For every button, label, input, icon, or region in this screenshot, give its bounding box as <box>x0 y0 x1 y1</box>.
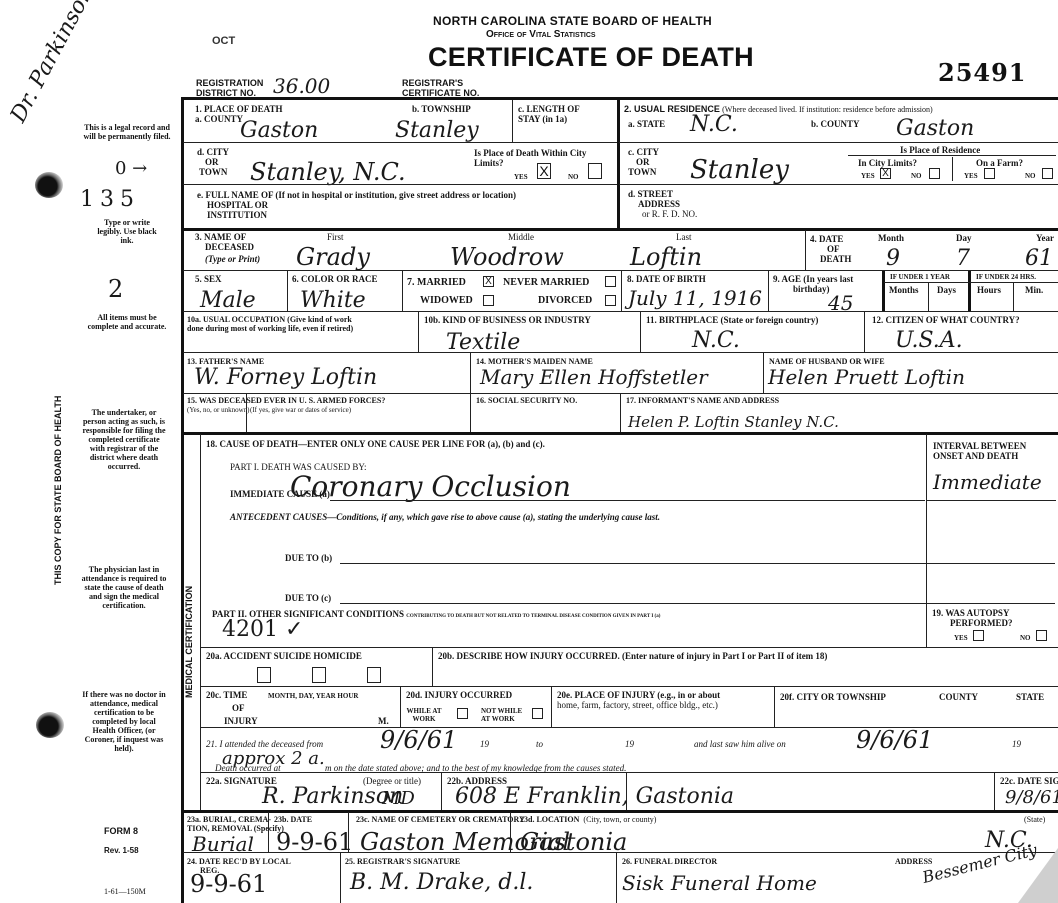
month-label: Month <box>878 233 904 243</box>
occupation-label-2: done during most of working life, even i… <box>187 324 353 334</box>
length-of-stay-label-1: c. LENGTH OF <box>518 104 580 114</box>
city-label-1: d. CITY <box>197 147 229 157</box>
type-legibly-note: Type or write legibly. Use black ink. <box>92 218 162 245</box>
year-label: Year <box>1036 233 1054 243</box>
doctor-margin-note: Dr. Parkinson <box>6 0 99 127</box>
due-to-c-label: DUE TO (c) <box>285 593 331 603</box>
residence-city-label-3: TOWN <box>628 167 656 177</box>
street-label-1: d. STREET <box>628 189 673 199</box>
autopsy-yes-label: YES <box>954 634 968 642</box>
interval-label-2: ONSET AND DEATH <box>933 451 1018 461</box>
citizenship-field[interactable]: U.S.A. <box>895 328 963 353</box>
date-signed-label: 22c. DATE SIGNED <box>1000 776 1058 786</box>
usual-residence-note: (Where deceased lived. If institution: r… <box>722 105 933 114</box>
day-label: Day <box>956 233 972 243</box>
physician-degree-field[interactable]: MD <box>382 788 415 809</box>
attended-to-19: 19 <box>625 739 634 749</box>
street-label-3: or R. F. D. NO. <box>642 209 697 219</box>
within-city-yes-label: YES <box>514 173 528 181</box>
complete-accurate-note: All items must be complete and accurate. <box>82 313 172 331</box>
not-while-at-work-label: NOT WHILE AT WORK <box>481 707 525 723</box>
hospital-label-2: HOSPITAL OR <box>207 200 268 210</box>
within-city-no-checkbox[interactable] <box>588 163 602 179</box>
death-time-field[interactable]: approx 2 a. <box>222 748 325 769</box>
birthplace-label: 11. BIRTHPLACE (State or foreign country… <box>646 315 818 325</box>
mother-maiden-name-field[interactable]: Mary Ellen Hoffstetler <box>480 365 708 389</box>
middle-name-label: Middle <box>508 232 534 242</box>
form-number: FORM 8 <box>104 826 138 836</box>
death-year-field[interactable]: 61 <box>1025 246 1053 271</box>
street-label-2: ADDRESS <box>638 199 680 209</box>
funeral-address-label: ADDRESS <box>895 857 932 867</box>
last-saw-field[interactable]: 9/6/61 <box>856 726 933 754</box>
death-township-field[interactable]: Stanley <box>395 118 479 143</box>
last-name-label: Last <box>676 232 692 242</box>
date-of-birth-field[interactable]: July 11, 1916 <box>628 286 762 310</box>
attended-to-label: to <box>536 739 543 749</box>
time-of-injury-m: M. <box>378 716 389 726</box>
page-curl <box>1018 848 1058 903</box>
city-label-3: TOWN <box>199 167 227 177</box>
antecedent-causes-label: ANTECEDENT CAUSES—Conditions, if any, wh… <box>230 512 660 522</box>
place-of-death-label: 1. PLACE OF DEATH <box>195 104 283 114</box>
punch-hole-bottom <box>36 712 64 738</box>
death-month-field[interactable]: 9 <box>886 246 900 271</box>
within-city-no-label: NO <box>568 173 579 181</box>
time-of-injury-cols: MONTH, DAY, YEAR HOUR <box>268 692 358 700</box>
name-of-deceased-label-2: DECEASED <box>205 242 254 252</box>
accident-suicide-homicide-label: 20a. ACCIDENT SUICIDE HOMICIDE <box>206 651 362 661</box>
injury-occurred-label: 20d. INJURY OCCURRED <box>406 690 512 700</box>
physician-note: The physician last in attendance is requ… <box>80 565 168 610</box>
homicide-checkbox[interactable] <box>367 667 381 683</box>
last-name-field[interactable]: Loftin <box>630 243 702 271</box>
age-label-2: birthday) <box>793 284 830 294</box>
date-received-field[interactable]: 9-9-61 <box>190 870 267 898</box>
informant-field[interactable]: Helen P. Loftin Stanley N.C. <box>628 413 839 431</box>
residence-state-label: a. STATE <box>628 119 665 129</box>
agency-title: NORTH CAROLINA STATE BOARD OF HEALTH <box>433 14 712 28</box>
sex-label: 5. SEX <box>195 274 222 284</box>
medical-certification-vertical-label: MEDICAL CERTIFICATION <box>184 586 194 698</box>
date-of-death-label-3: DEATH <box>820 254 851 264</box>
burial-location-label: 23d. LOCATION (City, town, or county) <box>520 815 656 825</box>
ssn-label: 16. SOCIAL SECURITY NO. <box>476 396 577 406</box>
length-of-stay-label-2: STAY (in 1a) <box>518 114 567 124</box>
widowed-checkbox[interactable] <box>483 295 494 306</box>
hospital-label-1: e. FULL NAME OF (If not in hospital or i… <box>197 190 516 200</box>
race-label: 6. COLOR OR RACE <box>292 274 378 284</box>
margin-code-3: 2 <box>108 275 123 303</box>
interval-field[interactable]: Immediate <box>933 470 1042 494</box>
residence-city-label-1: c. CITY <box>628 147 659 157</box>
page-title: CERTIFICATE OF DEATH <box>428 42 754 73</box>
on-farm-yes-label: YES <box>964 172 978 180</box>
death-city-field[interactable]: Stanley, N.C. <box>250 158 406 186</box>
name-of-deceased-label-1: 3. NAME OF <box>195 232 246 242</box>
autopsy-no-checkbox[interactable] <box>1036 630 1047 641</box>
autopsy-no-label: NO <box>1020 634 1031 642</box>
part2-note: CONTRIBUTING TO DEATH BUT NOT RELATED TO… <box>406 614 660 619</box>
print-code: 1-61—150M <box>104 887 146 897</box>
describe-injury-label: 20b. DESCRIBE HOW INJURY OCCURRED. (Ente… <box>438 651 827 661</box>
registration-district-label-1: REGISTRATION <box>196 78 263 88</box>
while-at-work-label: WHILE AT WORK <box>406 707 442 723</box>
age-label-1: 9. AGE (In years last <box>773 274 853 284</box>
township-label: b. TOWNSHIP <box>412 104 471 114</box>
cause-of-death-label: 18. CAUSE OF DEATH—ENTER ONLY ONE CAUSE … <box>206 439 545 449</box>
legal-record-note: This is a legal record and will be perma… <box>82 123 172 141</box>
form-revision: Rev. 1-58 <box>104 846 139 856</box>
sex-field[interactable]: Male <box>200 288 256 313</box>
accident-checkbox[interactable] <box>257 667 271 683</box>
middle-name-field[interactable]: Woodrow <box>450 243 564 271</box>
race-field[interactable]: White <box>300 288 366 313</box>
armed-forces-label-3: (If yes, give war or dates of service) <box>250 405 351 415</box>
immediate-cause-field[interactable]: Coronary Occlusion <box>290 470 571 503</box>
in-city-no-label: NO <box>911 172 922 180</box>
days-label: Days <box>937 285 956 295</box>
within-city-label-1: Is Place of Death Within City <box>474 148 586 158</box>
last-saw-label: and last saw him alive on <box>694 739 786 749</box>
never-married-label: NEVER MARRIED <box>503 278 589 288</box>
suicide-checkbox[interactable] <box>312 667 326 683</box>
within-city-label-2: Limits? <box>474 158 504 168</box>
on-farm-no-label: NO <box>1025 172 1036 180</box>
injury-county-label: COUNTY <box>939 692 978 702</box>
on-farm-no-checkbox[interactable] <box>1042 168 1053 179</box>
registrar-certificate-label-1: REGISTRAR'S <box>402 78 463 88</box>
residence-county-field[interactable]: Gaston <box>896 116 974 141</box>
burial-location-note: (City, town, or county) <box>583 815 656 824</box>
father-name-field[interactable]: W. Forney Loftin <box>194 365 377 390</box>
residence-state-field[interactable]: N.C. <box>690 112 738 137</box>
within-city-yes-checkbox[interactable]: X <box>537 163 551 179</box>
usual-residence-label: 2. USUAL RESIDENCE (Where deceased lived… <box>624 104 933 115</box>
armed-forces-label-2: (Yes, no, or unknown) <box>187 405 249 415</box>
residence-city-label-2: OR <box>636 157 650 167</box>
last-saw-19: 19 <box>1012 739 1021 749</box>
registrar-signature-field[interactable]: B. M. Drake, d.l. <box>350 870 533 895</box>
time-of-injury-label-3: INJURY <box>224 716 258 726</box>
birthplace-field[interactable]: N.C. <box>692 328 740 353</box>
state-copy-vertical-label: THIS COPY FOR STATE BOARD OF HEALTH <box>53 396 63 585</box>
spouse-name-field[interactable]: Helen Pruett Loftin <box>768 365 965 389</box>
in-city-limits-label: In City Limits? <box>858 158 917 168</box>
undertaker-note: The undertaker, or person acting as such… <box>80 408 168 471</box>
city-label-2: OR <box>205 157 219 167</box>
first-name-field[interactable]: Grady <box>296 243 370 271</box>
divorced-checkbox[interactable] <box>605 295 616 306</box>
autopsy-yes-checkbox[interactable] <box>973 630 984 641</box>
months-label: Months <box>889 285 919 295</box>
min-label: Min. <box>1025 285 1043 295</box>
due-to-b-label: DUE TO (b) <box>285 553 332 563</box>
certificate-number: 25491 <box>938 58 1027 87</box>
attended-from-field[interactable]: 9/6/61 <box>380 726 457 754</box>
married-label: 7. MARRIED <box>407 278 466 288</box>
date-of-death-label-2: OF <box>827 244 840 254</box>
residence-city-field[interactable]: Stanley <box>690 155 789 185</box>
business-label: 10b. KIND OF BUSINESS OR INDUSTRY <box>424 315 591 325</box>
punch-hole-top <box>35 172 63 198</box>
place-of-injury-label-1: 20e. PLACE OF INJURY (e.g., in or about <box>557 690 720 700</box>
while-at-work-checkbox[interactable] <box>457 708 468 719</box>
office-title: Office of Vital Statistics <box>486 29 596 40</box>
attended-from-19: 19 <box>480 739 489 749</box>
funeral-director-label: 26. FUNERAL DIRECTOR <box>622 857 717 867</box>
death-day-field[interactable]: 7 <box>956 246 970 271</box>
never-married-checkbox[interactable] <box>605 276 616 287</box>
death-county-field[interactable]: Gaston <box>240 118 318 143</box>
is-place-of-residence-label: Is Place of Residence <box>900 145 980 155</box>
citizenship-label: 12. CITIZEN OF WHAT COUNTRY? <box>872 315 1020 325</box>
widowed-label: WIDOWED <box>420 296 473 306</box>
cemetery-label: 23c. NAME OF CEMETERY OR CREMATORY <box>356 815 525 825</box>
in-city-yes-label: YES <box>861 172 875 180</box>
injury-state-label: STATE <box>1016 692 1044 702</box>
first-name-label: First <box>327 232 344 242</box>
name-of-deceased-label-3: (Type or Print) <box>205 254 260 264</box>
on-farm-label: On a Farm? <box>976 158 1023 168</box>
margin-code-1: 0 → <box>115 158 147 179</box>
margin-code-2: 135 <box>80 187 140 212</box>
form-left-border <box>181 97 184 903</box>
place-of-injury-label-2: home, farm, factory, street, office bldg… <box>557 700 718 710</box>
burial-location-title: 23d. LOCATION <box>520 815 579 824</box>
antecedent-causes-text: ANTECEDENT CAUSES—Conditions, if any, wh… <box>230 512 660 522</box>
date-signed-field[interactable]: 9/8/61 <box>1005 787 1058 808</box>
date-of-birth-label: 8. DATE OF BIRTH <box>627 274 706 284</box>
injury-city-township-label: 20f. CITY OR TOWNSHIP <box>780 692 886 702</box>
part2-field[interactable]: 4201 ✓ <box>222 617 303 642</box>
date-of-death-label-1: 4. DATE <box>810 234 843 244</box>
informant-label: 17. INFORMANT'S NAME AND ADDRESS <box>626 396 779 406</box>
in-city-yes-checkbox[interactable]: X <box>880 168 891 179</box>
hours-label: Hours <box>977 285 1001 295</box>
registration-district-value[interactable]: 36.00 <box>273 74 330 98</box>
residence-county-label: b. COUNTY <box>811 119 860 129</box>
in-city-no-checkbox[interactable] <box>929 168 940 179</box>
hospital-label-3: INSTITUTION <box>207 210 267 220</box>
time-of-injury-label-2: OF <box>232 703 245 713</box>
autopsy-label-1: 19. WAS AUTOPSY <box>932 608 1009 618</box>
registrar-signature-label: 25. REGISTRAR'S SIGNATURE <box>345 857 460 867</box>
on-farm-yes-checkbox[interactable] <box>984 168 995 179</box>
not-while-at-work-checkbox[interactable] <box>532 708 543 719</box>
interval-label-1: INTERVAL BETWEEN <box>933 441 1026 451</box>
no-doctor-note: If there was no doctor in attendance, me… <box>80 690 168 753</box>
divorced-label: DIVORCED <box>538 296 592 306</box>
received-stamp: OCT <box>212 35 235 47</box>
under-1-year-label: IF UNDER 1 YEAR <box>890 273 950 281</box>
physician-address-field[interactable]: 608 E Franklin, Gastonia <box>455 784 734 809</box>
funeral-director-field[interactable]: Sisk Funeral Home <box>622 871 817 895</box>
county-label: a. COUNTY <box>195 114 243 124</box>
under-24-hrs-label: IF UNDER 24 HRS. <box>976 273 1036 281</box>
burial-date-label: 23b. DATE <box>274 815 312 825</box>
burial-state-label: (State) <box>1024 815 1045 825</box>
time-of-injury-label-1: 20c. TIME <box>206 690 247 700</box>
married-checkbox[interactable]: X <box>483 276 494 287</box>
autopsy-label-2: PERFORMED? <box>950 618 1013 628</box>
